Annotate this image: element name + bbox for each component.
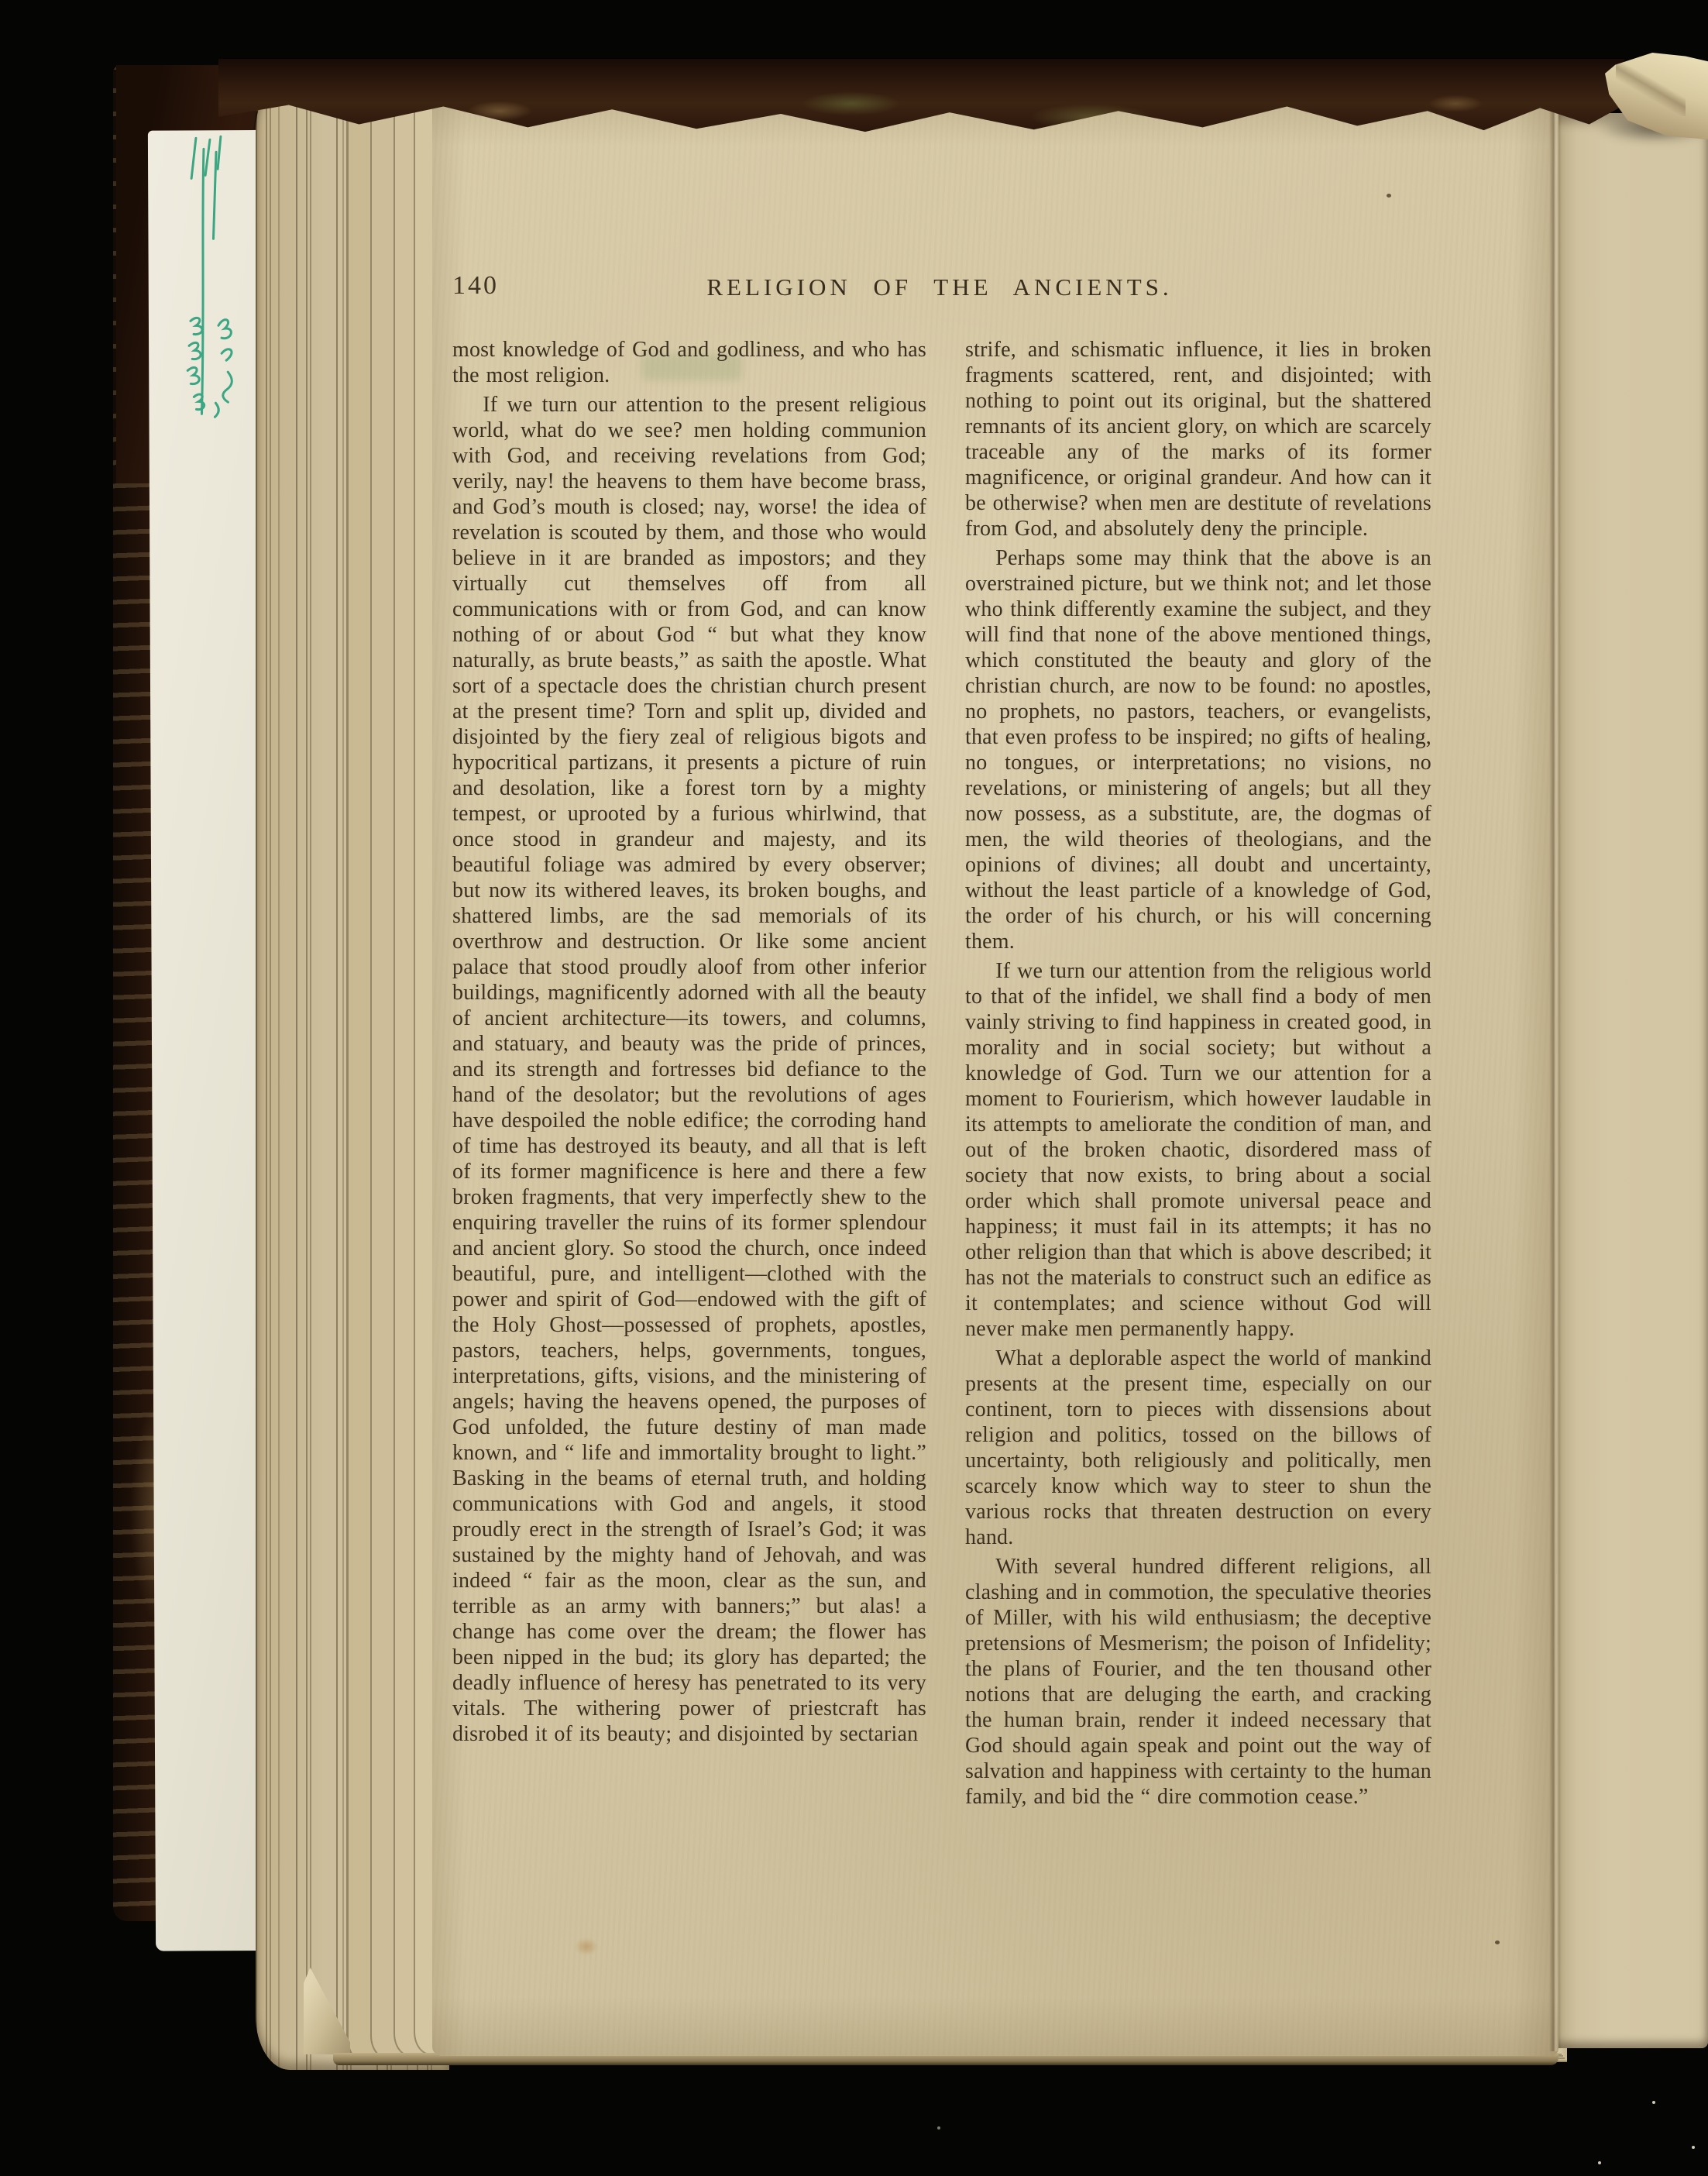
book-page: 140 RELIGION OF THE ANCIENTS. most knowl… <box>432 87 1559 2056</box>
paragraph: If we turn our attention to the present … <box>452 392 926 1747</box>
stain-spot <box>575 1938 598 1955</box>
paragraph: If we turn our attention from the religi… <box>965 958 1431 1342</box>
dust-speck <box>1692 2146 1695 2149</box>
dust-speck <box>1598 2161 1601 2164</box>
text-column-right: strife, and schismatic influence, it lie… <box>965 337 1431 1929</box>
paragraph: What a deplorable aspect the world of ma… <box>965 1346 1431 1550</box>
paper-fleck <box>1495 1941 1500 1944</box>
dust-speck <box>1652 2101 1655 2104</box>
running-title: RELIGION OF THE ANCIENTS. <box>432 273 1447 301</box>
paragraph: Perhaps some may think that the above is… <box>965 545 1431 954</box>
text-column-left: most knowledge of God and godliness, and… <box>452 337 926 1929</box>
open-book-photo: 140 RELIGION OF THE ANCIENTS. most knowl… <box>0 0 1708 2176</box>
paper-fleck <box>1387 194 1391 198</box>
dust-speck <box>937 2126 940 2130</box>
gutter-crease <box>1549 91 1559 2051</box>
paragraph: most knowledge of God and godliness, and… <box>452 337 926 388</box>
paragraph: With several hundred different religions… <box>965 1554 1431 1810</box>
gutter-page-surface <box>1554 113 1708 2048</box>
paragraph: strife, and schismatic influence, it lie… <box>965 337 1431 541</box>
